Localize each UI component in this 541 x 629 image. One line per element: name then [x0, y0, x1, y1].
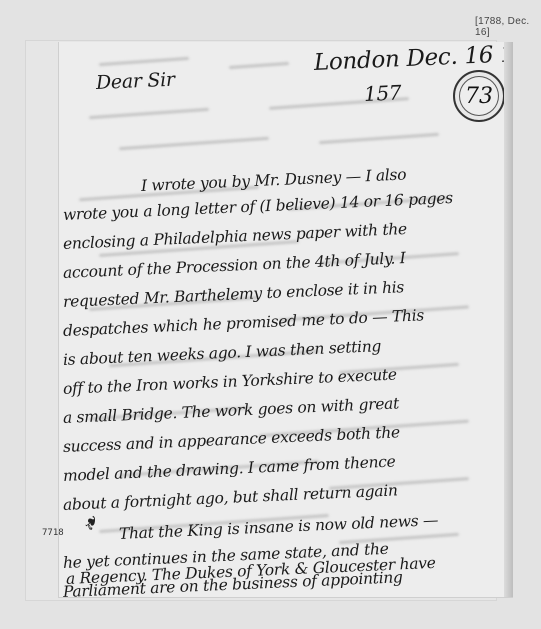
- letter-page: London Dec. 16 1788 157 73 Dear Sir I wr…: [58, 42, 513, 598]
- letter-line: about a fortnight ago, but shall return …: [63, 481, 398, 514]
- catalog-number: 7718: [42, 528, 64, 538]
- letter-line: despatches which he promised me to do — …: [63, 306, 425, 340]
- letter-line: a small Bridge. The work goes on with gr…: [63, 394, 400, 427]
- stamp-number: 73: [465, 84, 493, 109]
- archive-date-note: [1788, Dec. 16]: [475, 16, 541, 38]
- letter-line: wrote you a long letter of (I believe) 1…: [63, 189, 454, 224]
- letter-line: is about ten weeks ago. I was then setti…: [63, 337, 382, 369]
- letter-line: enclosing a Philadelphia news paper with…: [63, 220, 408, 253]
- letter-line: account of the Procession on the 4th of …: [63, 249, 406, 282]
- letter-line: That the King is insane is now old news …: [119, 511, 439, 543]
- letter-line: off to the Iron works in Yorkshire to ex…: [63, 365, 397, 398]
- archive-stamp: 73: [453, 70, 505, 122]
- letter-line: I wrote you by Mr. Dusney — I also: [141, 165, 407, 195]
- letter-line: requested Mr. Barthelemy to enclose it i…: [63, 278, 405, 311]
- letter-line: model and the drawing. I came from thenc…: [63, 452, 396, 484]
- letter-salutation: Dear Sir: [96, 69, 176, 94]
- letter-line: success and in appearance exceeds both t…: [63, 423, 401, 456]
- folio-number: 157: [363, 80, 401, 106]
